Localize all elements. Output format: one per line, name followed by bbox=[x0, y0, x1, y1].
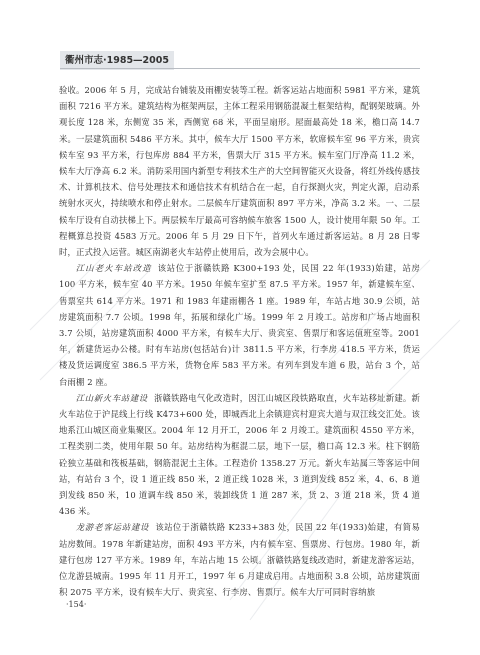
header-divider bbox=[60, 68, 420, 69]
paragraph-continuation: 验收。2006 年 5 月，完成站台铺装及雨棚安装等工程。新客运站占地面积 59… bbox=[59, 82, 420, 260]
page-number: ·154· bbox=[66, 600, 86, 609]
section-longyou-station: 龙游老客运站建设该站位于浙赣铁路 K233+383 处，民国 22 年(1933… bbox=[59, 519, 420, 600]
page-body: 验收。2006 年 5 月，完成站台铺装及雨棚安装等工程。新客运站占地面积 59… bbox=[59, 82, 420, 601]
running-header: 衢州市志·1985—2005 bbox=[60, 48, 380, 74]
section-jiangshan-new-station: 江山新火车站建设浙赣铁路电气化改造时，因江山城区段铁路取直，火车站移址新建。新火… bbox=[59, 390, 420, 520]
section-jiangshan-old-station: 江山老火车站改造该站位于浙赣铁路 K300+193 处，民国 22 年(1933… bbox=[59, 260, 420, 390]
paragraph-text: 浙赣铁路电气化改造时，因江山城区段铁路取直，火车站移址新建。新火车站位于沪昆线上… bbox=[59, 393, 420, 516]
paragraph-text: 该站位于浙赣铁路 K300+193 处，民国 22 年(1933)始建，站房 1… bbox=[59, 263, 420, 386]
section-title: 江山老火车站改造 bbox=[76, 263, 152, 273]
paragraph-text: 该站位于浙赣铁路 K233+383 处，民国 22 年(1933)始建，有简易站… bbox=[59, 522, 420, 597]
section-title: 江山新火车站建设 bbox=[76, 393, 148, 403]
section-title: 龙游老客运站建设 bbox=[76, 522, 150, 532]
paragraph-text: 验收。2006 年 5 月，完成站台铺装及雨棚安装等工程。新客运站占地面积 59… bbox=[59, 85, 420, 257]
